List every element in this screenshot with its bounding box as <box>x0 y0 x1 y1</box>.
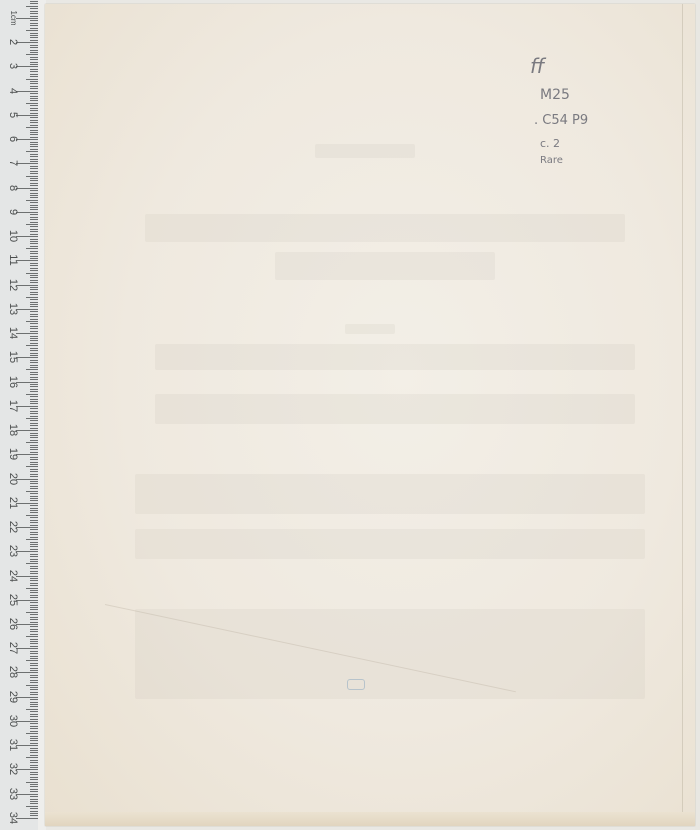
ruler-tick <box>26 200 38 201</box>
ruler-tick <box>30 445 38 446</box>
ruler-tick <box>30 704 38 705</box>
ruler-tick <box>16 357 38 358</box>
ruler-tick <box>30 765 38 766</box>
ruler-label: 23 <box>7 540 19 562</box>
ruler-tick <box>30 510 38 511</box>
ruler-label: 20 <box>7 468 19 490</box>
ruler-tick <box>16 260 38 261</box>
ruler-tick <box>30 292 38 293</box>
ruler-tick <box>30 592 38 593</box>
ruler-tick <box>30 626 38 627</box>
ruler-tick <box>26 660 38 661</box>
ruler-tick <box>30 677 38 678</box>
ruler-tick <box>30 209 38 210</box>
ruler-label: 26 <box>7 613 19 635</box>
ruler-tick <box>30 447 38 448</box>
ruler-tick <box>30 62 38 63</box>
ruler-tick <box>30 156 38 157</box>
ruler-tick <box>30 520 38 521</box>
bleed-through-title <box>275 252 495 280</box>
ruler-tick <box>16 42 38 43</box>
ruler-tick <box>30 81 38 82</box>
ruler-tick <box>30 323 38 324</box>
ruler-label: 25 <box>7 589 19 611</box>
ruler-tick <box>30 275 38 276</box>
ruler-tick <box>30 483 38 484</box>
ruler-tick <box>26 588 38 589</box>
ruler-tick <box>16 333 38 334</box>
ruler-tick <box>30 471 38 472</box>
ruler-tick <box>30 413 38 414</box>
ruler-tick <box>26 369 38 370</box>
annotation-class: M25 <box>540 88 570 102</box>
ruler-tick <box>30 161 38 162</box>
ruler-tick <box>30 243 38 244</box>
ruler-tick <box>30 222 38 223</box>
ruler-tick <box>30 13 38 14</box>
ruler-tick <box>30 304 38 305</box>
ruler-tick <box>30 219 38 220</box>
ruler-tick <box>30 372 38 373</box>
ruler-tick <box>30 568 38 569</box>
ruler-tick <box>30 517 38 518</box>
ruler-tick <box>30 435 38 436</box>
ruler-tick <box>30 583 38 584</box>
ruler-tick <box>30 716 38 717</box>
ruler-tick <box>26 248 38 249</box>
ruler-tick <box>30 500 38 501</box>
ruler-tick <box>16 648 38 649</box>
ruler-tick <box>26 151 38 152</box>
ruler-tick <box>30 399 38 400</box>
ruler-tick <box>30 702 38 703</box>
ruler-tick <box>30 605 38 606</box>
ruler-tick <box>26 103 38 104</box>
ruler-tick <box>30 740 38 741</box>
ruler-tick <box>30 689 38 690</box>
ruler-label: 33 <box>7 783 19 805</box>
ruler-tick <box>30 74 38 75</box>
ruler-tick <box>30 280 38 281</box>
ruler-tick <box>30 597 38 598</box>
ruler-tick <box>30 231 38 232</box>
ruler-tick <box>30 11 38 12</box>
ruler-tick <box>30 159 38 160</box>
ruler-tick <box>30 522 38 523</box>
ruler-tick <box>30 3 38 4</box>
ruler-tick <box>30 253 38 254</box>
annotation-cutter: . C54 P9 <box>534 114 588 127</box>
ruler-tick <box>30 449 38 450</box>
ruler-tick <box>16 285 38 286</box>
ruler-tick <box>30 113 38 114</box>
ruler-tick <box>16 503 38 504</box>
library-stamp <box>347 679 365 690</box>
ruler-tick <box>30 282 38 283</box>
ruler-tick <box>30 338 38 339</box>
ruler-tick <box>30 680 38 681</box>
ruler-tick <box>30 496 38 497</box>
ruler-tick <box>30 694 38 695</box>
ruler-tick <box>16 309 38 310</box>
ruler-tick <box>30 389 38 390</box>
ruler-tick <box>30 653 38 654</box>
ruler-tick <box>30 166 38 167</box>
ruler-tick <box>30 440 38 441</box>
ruler-tick <box>26 442 38 443</box>
ruler-tick <box>16 188 38 189</box>
ruler-tick <box>30 459 38 460</box>
ruler-tick <box>30 750 38 751</box>
ruler-tick <box>30 714 38 715</box>
ruler-tick <box>30 340 38 341</box>
ruler-tick <box>26 539 38 540</box>
ruler-tick <box>26 563 38 564</box>
ruler-tick <box>16 479 38 480</box>
ruler-tick <box>26 79 38 80</box>
ruler-tick <box>30 50 38 51</box>
ruler-tick <box>16 115 38 116</box>
ruler-tick <box>26 491 38 492</box>
ruler-tick <box>30 651 38 652</box>
ruler-tick <box>30 360 38 361</box>
ruler-tick <box>30 634 38 635</box>
ruler-tick <box>30 423 38 424</box>
ruler-label: 22 <box>7 516 19 538</box>
ruler-tick <box>30 23 38 24</box>
annotation-ff: ff <box>530 56 544 76</box>
ruler-tick <box>30 726 38 727</box>
ruler-tick <box>30 52 38 53</box>
ruler-tick <box>30 609 38 610</box>
ruler-tick <box>30 289 38 290</box>
ruler-label: 16 <box>7 371 19 393</box>
ruler-tick <box>30 561 38 562</box>
ruler-tick <box>30 403 38 404</box>
ruler-tick <box>30 457 38 458</box>
ruler-tick <box>30 117 38 118</box>
ruler-tick <box>30 525 38 526</box>
ruler-tick <box>30 45 38 46</box>
ruler-tick <box>30 617 38 618</box>
ruler-tick <box>30 64 38 65</box>
ruler-tick <box>30 425 38 426</box>
ruler-tick <box>30 348 38 349</box>
ruler-tick <box>26 685 38 686</box>
ruler-tick <box>30 168 38 169</box>
ruler-tick <box>30 396 38 397</box>
ruler-tick <box>30 711 38 712</box>
ruler-tick <box>26 394 38 395</box>
ruler-label: 17 <box>7 395 19 417</box>
ruler-tick <box>30 546 38 547</box>
ruler-tick <box>30 331 38 332</box>
ruler-tick <box>30 542 38 543</box>
ruler-tick <box>30 234 38 235</box>
ruler-tick <box>30 134 38 135</box>
ruler-tick <box>16 454 38 455</box>
ruler-tick <box>30 566 38 567</box>
ruler-tick <box>26 709 38 710</box>
ruler-tick <box>30 803 38 804</box>
ruler-tick <box>16 527 38 528</box>
ruler-tick <box>30 580 38 581</box>
ruler-tick <box>30 268 38 269</box>
ruler-tick <box>30 537 38 538</box>
ruler-tick <box>30 311 38 312</box>
ruler-tick <box>16 721 38 722</box>
ruler-tick <box>30 772 38 773</box>
ruler-tick <box>16 382 38 383</box>
ruler-tick <box>16 139 38 140</box>
ruler-tick <box>26 612 38 613</box>
ruler-tick <box>30 639 38 640</box>
ruler-tick <box>16 769 38 770</box>
ruler-tick <box>30 171 38 172</box>
ruler-tick <box>26 757 38 758</box>
ruler-tick <box>30 25 38 26</box>
ruler-tick <box>30 675 38 676</box>
ruler-tick <box>30 743 38 744</box>
ruler-tick <box>30 692 38 693</box>
ruler-tick <box>30 408 38 409</box>
ruler-tick <box>30 207 38 208</box>
ruler-tick <box>30 96 38 97</box>
ruler-tick <box>30 493 38 494</box>
ruler-tick <box>30 815 38 816</box>
ruler-tick <box>30 100 38 101</box>
ruler-tick <box>26 30 38 31</box>
ruler-label: 12 <box>7 274 19 296</box>
ruler-tick <box>16 624 38 625</box>
ruler-tick <box>30 811 38 812</box>
ruler-tick <box>30 573 38 574</box>
bleed-through-text <box>155 394 635 424</box>
ruler-tick <box>30 319 38 320</box>
ruler-tick <box>30 33 38 34</box>
ruler-tick <box>16 212 38 213</box>
ruler-tick <box>30 241 38 242</box>
ruler-tick <box>30 629 38 630</box>
ruler-tick <box>30 251 38 252</box>
ruler-tick <box>30 813 38 814</box>
ruler-tick <box>30 142 38 143</box>
ruler-tick <box>16 18 38 19</box>
ruler-tick <box>30 343 38 344</box>
ruler-label: 10 <box>7 225 19 247</box>
ruler-tick <box>30 687 38 688</box>
ruler-tick <box>30 173 38 174</box>
ruler-tick <box>30 57 38 58</box>
ruler-tick <box>30 585 38 586</box>
ruler-tick <box>30 699 38 700</box>
bleed-through-text <box>315 144 415 158</box>
ruler-tick <box>30 326 38 327</box>
ruler-label: 28 <box>7 661 19 683</box>
ruler-tick <box>30 386 38 387</box>
ruler-tick <box>30 256 38 257</box>
ruler-tick <box>26 782 38 783</box>
ruler-tick <box>30 549 38 550</box>
ruler-tick <box>30 37 38 38</box>
ruler-tick <box>30 125 38 126</box>
bleed-through-text <box>345 324 395 334</box>
ruler-tick <box>30 367 38 368</box>
ruler-tick <box>30 374 38 375</box>
ruler-tick <box>30 462 38 463</box>
ruler-tick <box>30 578 38 579</box>
ruler-tick <box>30 217 38 218</box>
ruler-tick <box>30 88 38 89</box>
ruler-label: 19 <box>7 443 19 465</box>
ruler-tick <box>26 224 38 225</box>
ruler-tick <box>30 784 38 785</box>
ruler-tick <box>30 738 38 739</box>
ruler-tick <box>30 508 38 509</box>
ruler-label: 3 <box>7 55 19 77</box>
ruler-tick <box>26 6 38 7</box>
ruler-tick <box>30 789 38 790</box>
ruler-tick <box>30 214 38 215</box>
ruler-tick <box>16 551 38 552</box>
ruler-tick <box>30 144 38 145</box>
bleed-through-text <box>145 214 625 242</box>
ruler-tick <box>30 602 38 603</box>
ruler-tick <box>16 600 38 601</box>
ruler-tick <box>30 355 38 356</box>
ruler-tick <box>26 273 38 274</box>
ruler-tick <box>30 808 38 809</box>
ruler-tick <box>30 185 38 186</box>
ruler-tick <box>30 154 38 155</box>
ruler-label: 4 <box>7 80 19 102</box>
ruler-tick <box>30 391 38 392</box>
ruler-tick <box>30 193 38 194</box>
ruler-tick <box>30 481 38 482</box>
ruler-tick <box>30 149 38 150</box>
annotation-rare: Rare <box>540 156 563 166</box>
ruler-tick <box>16 697 38 698</box>
ruler-tick <box>30 71 38 72</box>
ruler-tick <box>30 420 38 421</box>
ruler-tick <box>30 505 38 506</box>
ruler-label: 32 <box>7 758 19 780</box>
ruler-tick <box>30 20 38 21</box>
ruler-tick <box>30 130 38 131</box>
ruler-tick <box>30 120 38 121</box>
ruler-tick <box>30 559 38 560</box>
ruler-tick <box>30 105 38 106</box>
ruler-tick <box>30 353 38 354</box>
ruler-tick <box>30 791 38 792</box>
ruler-tick <box>30 752 38 753</box>
ruler-tick <box>30 183 38 184</box>
ruler-label: 18 <box>7 419 19 441</box>
paper-fold <box>682 4 683 826</box>
ruler-tick <box>30 488 38 489</box>
ruler-tick <box>30 379 38 380</box>
ruler-tick <box>26 321 38 322</box>
ruler-label: 21 <box>7 492 19 514</box>
ruler-tick <box>30 777 38 778</box>
ruler-tick <box>30 265 38 266</box>
ruler-tick <box>30 108 38 109</box>
ruler-tick <box>30 428 38 429</box>
ruler-tick <box>26 733 38 734</box>
ruler-tick <box>30 682 38 683</box>
ruler-tick <box>30 302 38 303</box>
ruler-tick <box>30 69 38 70</box>
ruler-tick <box>30 1 38 2</box>
ruler-tick <box>30 723 38 724</box>
ruler-tick <box>30 779 38 780</box>
ruler-tick <box>16 576 38 577</box>
ruler-tick <box>30 668 38 669</box>
ruler-tick <box>26 176 38 177</box>
ruler-tick <box>30 229 38 230</box>
ruler-tick <box>30 554 38 555</box>
ruler-tick <box>30 512 38 513</box>
ruler-tick <box>26 466 38 467</box>
ruler-tick <box>16 745 38 746</box>
ruler-label: 5 <box>7 104 19 126</box>
ruler-tick <box>26 54 38 55</box>
ruler-tick <box>30 202 38 203</box>
ruler-tick <box>30 529 38 530</box>
ruler-tick <box>30 556 38 557</box>
ruler-tick <box>30 197 38 198</box>
ruler-tick <box>30 614 38 615</box>
ruler-tick <box>16 236 38 237</box>
ruler-tick <box>30 287 38 288</box>
ruler-tick <box>30 670 38 671</box>
ruler-tick <box>30 755 38 756</box>
ruler-tick <box>30 258 38 259</box>
ruler-tick <box>30 137 38 138</box>
ruler-tick <box>30 365 38 366</box>
ruler-tick <box>30 571 38 572</box>
scan-background-right <box>695 0 700 830</box>
ruler-tick <box>30 110 38 111</box>
ruler-tick <box>30 656 38 657</box>
ruler-label: 15 <box>7 346 19 368</box>
ruler-tick <box>30 362 38 363</box>
ruler-tick <box>30 544 38 545</box>
ruler-tick <box>30 469 38 470</box>
ruler-tick <box>30 706 38 707</box>
ruler-tick <box>30 350 38 351</box>
ruler-tick <box>30 195 38 196</box>
ruler-tick <box>30 736 38 737</box>
ruler-tick <box>26 127 38 128</box>
ruler-tick <box>30 178 38 179</box>
ruler-tick <box>30 270 38 271</box>
ruler-tick <box>30 239 38 240</box>
ruler-tick <box>30 299 38 300</box>
ruler-tick <box>30 433 38 434</box>
ruler-tick <box>30 205 38 206</box>
ruler-tick <box>30 416 38 417</box>
ruler-tick <box>16 794 38 795</box>
ruler-tick <box>16 430 38 431</box>
bleed-through-text <box>135 474 645 514</box>
bleed-through-table <box>135 609 645 699</box>
ruler-label: 1cm <box>7 7 19 29</box>
ruler-label: 13 <box>7 298 19 320</box>
ruler-tick <box>30 314 38 315</box>
ruler-tick <box>30 476 38 477</box>
ruler-tick <box>30 294 38 295</box>
